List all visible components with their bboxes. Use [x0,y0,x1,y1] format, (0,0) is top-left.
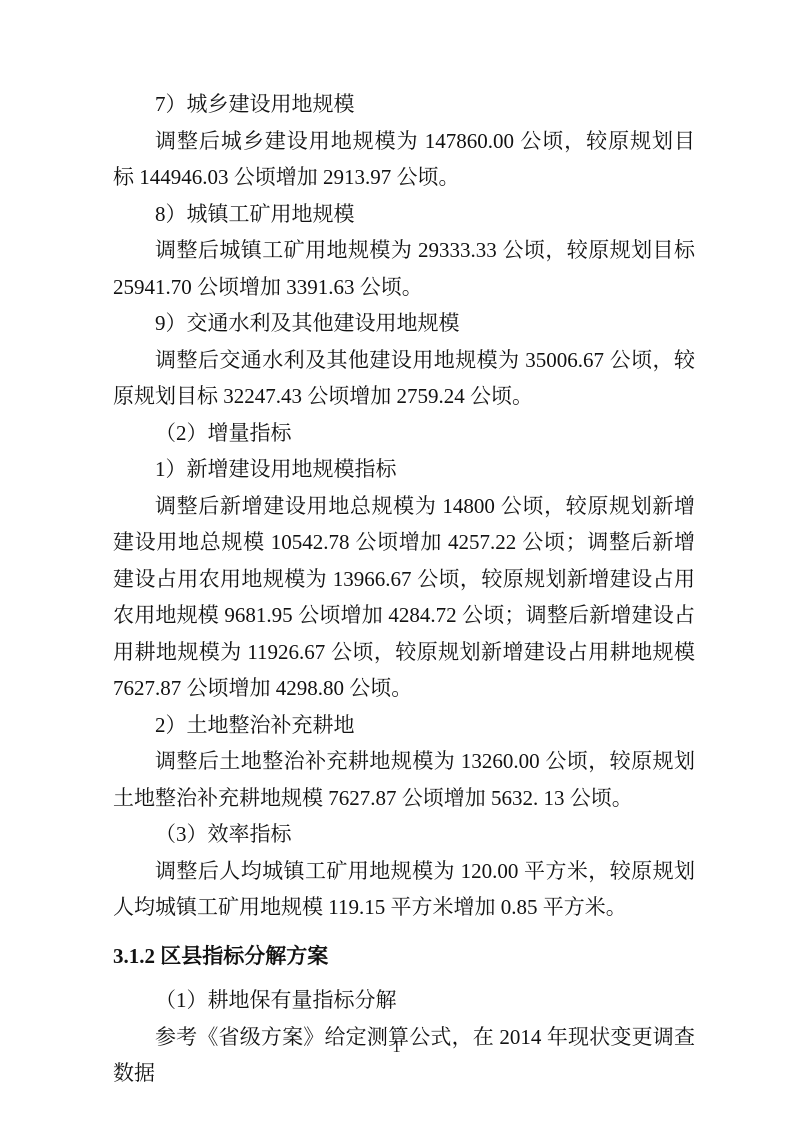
paragraph-new-construction: 调整后新增建设用地总规模为 14800 公顷，较原规划新增建设用地总规模 105… [113,488,695,707]
list-item-efficiency-indicators: （3）效率指标 [113,816,695,853]
document-page: 7）城乡建设用地规模 调整后城乡建设用地规模为 147860.00 公顷，较原规… [0,0,793,1122]
list-item-new-construction: 1）新增建设用地规模指标 [113,451,695,488]
document-body: 7）城乡建设用地规模 调整后城乡建设用地规模为 147860.00 公顷，较原规… [113,86,695,1092]
list-item-land-remediation: 2）土地整治补充耕地 [113,707,695,744]
paragraph-transport-water: 调整后交通水利及其他建设用地规模为 35006.67 公顷，较原规划目标 322… [113,342,695,415]
paragraph-land-remediation: 调整后土地整治补充耕地规模为 13260.00 公顷，较原规划土地整治补充耕地规… [113,743,695,816]
page-number: 1 [0,1036,793,1058]
list-item-7: 7）城乡建设用地规模 [113,86,695,123]
list-item-increment-indicators: （2）增量指标 [113,415,695,452]
list-item-9: 9）交通水利及其他建设用地规模 [113,305,695,342]
list-item-8: 8）城镇工矿用地规模 [113,196,695,233]
list-item-arable-land: （1）耕地保有量指标分解 [113,982,695,1019]
section-heading-3-1-2: 3.1.2 区县指标分解方案 [113,938,695,975]
paragraph-urban-rural: 调整后城乡建设用地规模为 147860.00 公顷，较原规划目标 144946.… [113,123,695,196]
paragraph-per-capita: 调整后人均城镇工矿用地规模为 120.00 平方米，较原规划人均城镇工矿用地规模… [113,853,695,926]
paragraph-town-mining: 调整后城镇工矿用地规模为 29333.33 公顷，较原规划目标 25941.70… [113,232,695,305]
